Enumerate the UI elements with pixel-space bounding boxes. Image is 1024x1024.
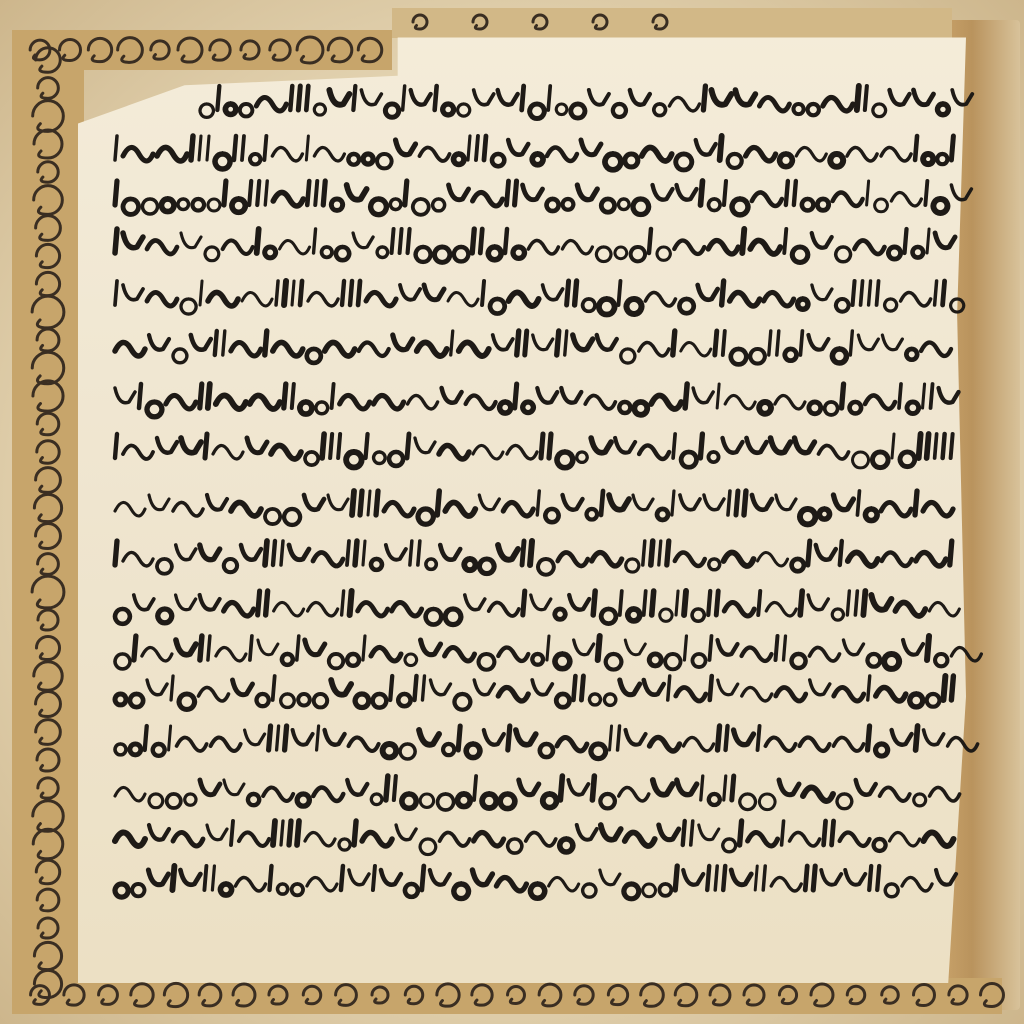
script-line: [115, 331, 951, 364]
script-line: [200, 86, 972, 119]
script-line: [115, 136, 953, 170]
script-line: [115, 541, 952, 575]
script-line: [115, 434, 953, 468]
script-layer: [0, 0, 1024, 1024]
script-line: [115, 676, 953, 710]
script-line: [115, 776, 960, 810]
script-line: [115, 181, 971, 215]
script-line: [115, 821, 954, 855]
script-line: [115, 491, 953, 525]
script-line: [115, 591, 959, 625]
script-line: [115, 726, 978, 759]
script-line: [115, 636, 981, 670]
script-line: [115, 281, 964, 315]
script-line: [115, 229, 955, 262]
script-line: [115, 384, 959, 417]
script-line: [115, 866, 956, 899]
